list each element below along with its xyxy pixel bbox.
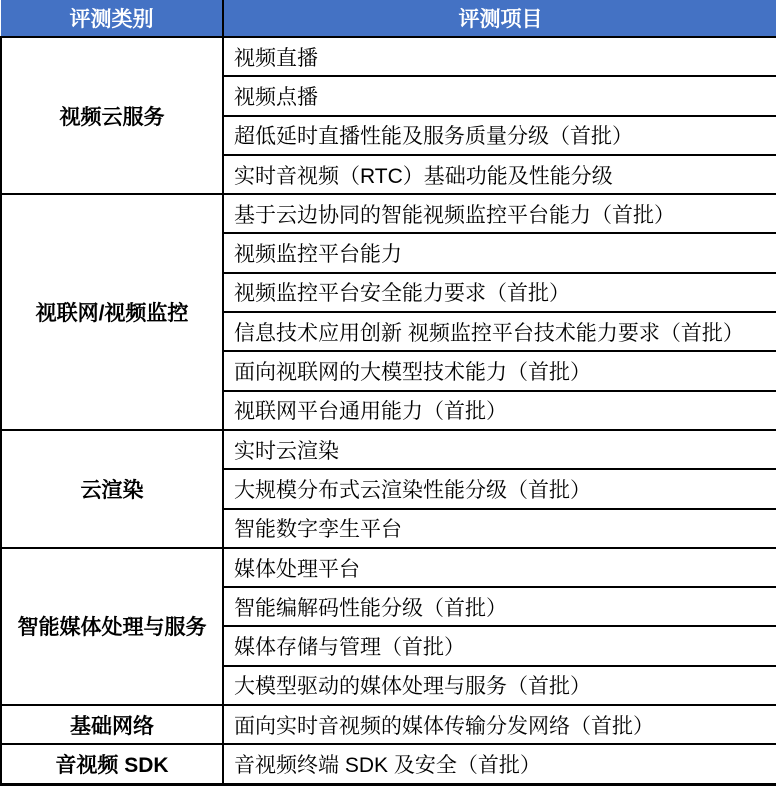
category-cell: 音视频 SDK [1,744,223,784]
item-cell: 基于云边协同的智能视频监控平台能力（首批） [223,194,776,233]
item-cell: 实时音视频（RTC）基础功能及性能分级 [223,155,776,194]
category-cell: 基础网络 [1,705,223,744]
table-row: 云渲染实时云渲染 [1,430,776,469]
item-cell: 超低延时直播性能及服务质量分级（首批） [223,116,776,155]
item-cell: 面向视联网的大模型技术能力（首批） [223,351,776,390]
item-cell: 视频直播 [223,37,776,76]
item-cell: 视频监控平台能力 [223,233,776,272]
item-cell: 音视频终端 SDK 及安全（首批） [223,744,776,784]
item-cell: 媒体处理平台 [223,548,776,587]
item-cell: 面向实时音视频的媒体传输分发网络（首批） [223,705,776,744]
item-cell: 信息技术应用创新 视频监控平台技术能力要求（首批） [223,312,776,351]
category-cell: 视频云服务 [1,37,223,194]
evaluation-table: 评测类别 评测项目 视频云服务视频直播视频点播超低延时直播性能及服务质量分级（首… [0,0,776,786]
column-header-category: 评测类别 [1,0,223,37]
item-cell: 大模型驱动的媒体处理与服务（首批） [223,666,776,705]
item-cell: 大规模分布式云渲染性能分级（首批） [223,469,776,508]
item-cell: 视联网平台通用能力（首批） [223,391,776,430]
table-row: 视频云服务视频直播 [1,37,776,76]
table-row: 基础网络面向实时音视频的媒体传输分发网络（首批） [1,705,776,744]
header-row: 评测类别 评测项目 [1,0,776,37]
category-cell: 视联网/视频监控 [1,194,223,430]
item-cell: 智能数字孪生平台 [223,509,776,548]
item-cell: 视频点播 [223,76,776,115]
item-cell: 实时云渲染 [223,430,776,469]
table-row: 智能媒体处理与服务媒体处理平台 [1,548,776,587]
column-header-items: 评测项目 [223,0,776,37]
category-cell: 智能媒体处理与服务 [1,548,223,705]
table-header: 评测类别 评测项目 [1,0,776,37]
table-row: 音视频 SDK音视频终端 SDK 及安全（首批） [1,744,776,784]
item-cell: 智能编解码性能分级（首批） [223,587,776,626]
page: 评测类别 评测项目 视频云服务视频直播视频点播超低延时直播性能及服务质量分级（首… [0,0,776,786]
category-cell: 云渲染 [1,430,223,548]
item-cell: 视频监控平台安全能力要求（首批） [223,273,776,312]
table-row: 视联网/视频监控基于云边协同的智能视频监控平台能力（首批） [1,194,776,233]
table-body: 视频云服务视频直播视频点播超低延时直播性能及服务质量分级（首批）实时音视频（RT… [1,37,776,785]
item-cell: 媒体存储与管理（首批） [223,626,776,665]
